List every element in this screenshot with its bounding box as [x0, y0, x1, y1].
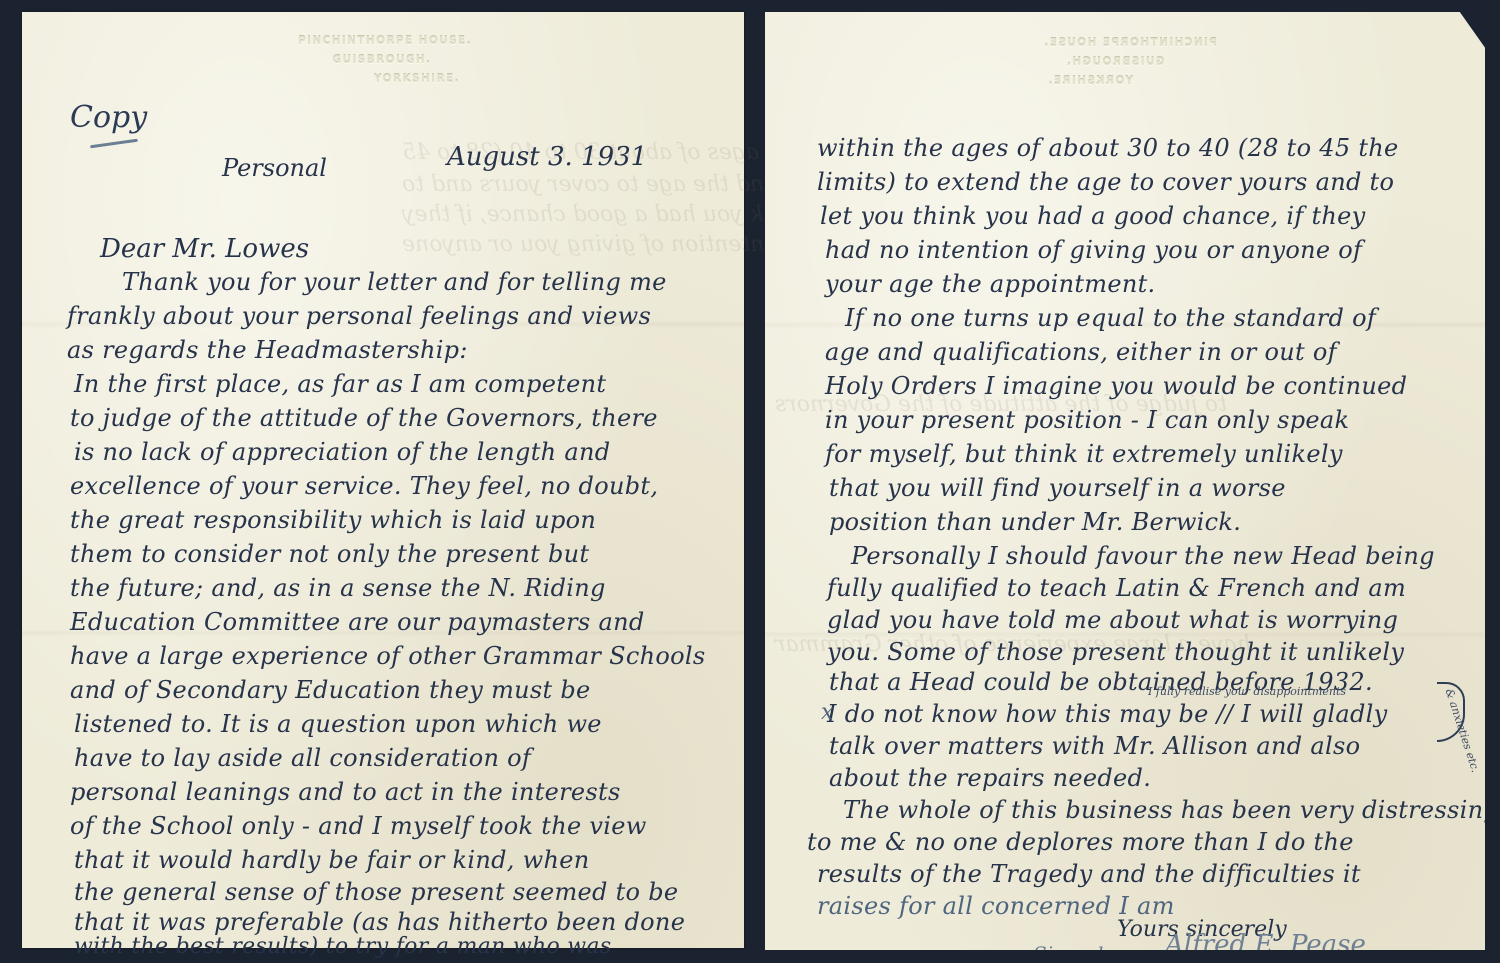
signature: Alfred E. Pease — [1165, 930, 1366, 960]
body-line: the great responsibility which is laid u… — [70, 506, 596, 534]
body-line: to judge of the attitude of the Governor… — [70, 404, 658, 432]
letter-date: August 3. 1931 — [447, 142, 647, 172]
body-line: Education Committee are our paymasters a… — [70, 608, 645, 636]
body-line: in your present position - I can only sp… — [825, 406, 1349, 434]
margin-mark-x: x — [821, 700, 833, 725]
body-line: If no one turns up equal to the standard… — [845, 304, 1376, 332]
letterhead-line: YORKSHIRE. — [1015, 72, 1245, 91]
body-line: raises for all concerned I am — [817, 892, 1175, 920]
body-line: the general sense of those present seeme… — [74, 878, 678, 906]
embossed-letterhead-reverse: PINCHINTHORPE HOUSE. GUISBROUGH. YORKSHI… — [1015, 34, 1245, 91]
body-line: frankly about your personal feelings and… — [67, 302, 651, 330]
body-line: and of Secondary Education they must be — [70, 676, 591, 704]
body-line: personal leanings and to act in the inte… — [70, 778, 621, 806]
body-line: Holy Orders I imagine you would be conti… — [825, 372, 1407, 400]
body-line: to me & no one deplores more than I do t… — [807, 828, 1354, 856]
body-line: is no lack of appreciation of the length… — [74, 438, 610, 466]
letter-page-1: PINCHINTHORPE HOUSE. GUISBROUGH. YORKSHI… — [22, 12, 744, 948]
body-line: you. Some of those present thought it un… — [827, 638, 1404, 666]
body-line: excellence of your service. They feel, n… — [70, 472, 658, 500]
body-line: with the best results) to try for a man … — [74, 934, 611, 959]
body-line: age and qualifications, either in or out… — [825, 338, 1337, 366]
body-line: listened to. It is a question upon which… — [74, 710, 602, 738]
embossed-letterhead: PINCHINTHORPE HOUSE. GUISBROUGH. YORKSHI… — [252, 32, 472, 89]
body-line: have a large experience of other Grammar… — [70, 642, 705, 670]
body-line: that it was preferable (as has hitherto … — [74, 908, 685, 936]
interlinear-insert: I fully realise your disappointments — [1148, 685, 1346, 698]
letterhead-line: GUISBROUGH. — [1015, 53, 1245, 72]
copy-mark: Copy — [70, 100, 147, 135]
body-line: as regards the Headmastership: — [67, 336, 468, 364]
signed-label: Signed — [1033, 942, 1103, 963]
body-line: talk over matters with Mr. Allison and a… — [829, 732, 1360, 760]
letter-page-2: PINCHINTHORPE HOUSE. GUISBROUGH. YORKSHI… — [765, 12, 1485, 950]
letterhead-line: GUISBROUGH. — [252, 51, 472, 70]
body-line: for myself, but think it extremely unlik… — [825, 440, 1343, 468]
body-line: Thank you for your letter and for tellin… — [122, 268, 667, 296]
body-line: about the repairs needed. — [829, 764, 1151, 792]
body-line: limits) to extend the age to cover yours… — [817, 168, 1394, 196]
personal-marking: Personal — [222, 154, 327, 182]
letterhead-line: YORKSHIRE. — [252, 70, 472, 89]
body-line: that it would hardly be fair or kind, wh… — [74, 846, 590, 874]
body-line: Personally I should favour the new Head … — [851, 542, 1435, 570]
body-line: of the School only - and I myself took t… — [70, 812, 647, 840]
body-line: the future; and, as in a sense the N. Ri… — [70, 574, 606, 602]
copy-underline — [90, 139, 138, 149]
body-line: glad you have told me about what is worr… — [827, 606, 1398, 634]
body-line: results of the Tragedy and the difficult… — [817, 860, 1361, 888]
body-line: let you think you had a good chance, if … — [820, 202, 1366, 230]
body-line: within the ages of about 30 to 40 (28 to… — [817, 134, 1399, 162]
body-line: have to lay aside all consideration of — [74, 744, 531, 772]
body-line: your age the appointment. — [825, 270, 1155, 298]
body-line: I do not know how this may be // I will … — [827, 700, 1387, 728]
letterhead-line: PINCHINTHORPE HOUSE. — [252, 32, 472, 51]
salutation: Dear Mr. Lowes — [100, 234, 309, 264]
letterhead-line: PINCHINTHORPE HOUSE. — [1015, 34, 1245, 53]
body-line: In the first place, as far as I am compe… — [74, 370, 606, 398]
body-line: fully qualified to teach Latin & French … — [827, 574, 1406, 602]
body-line: position than under Mr. Berwick. — [829, 508, 1241, 536]
body-line: had no intention of giving you or anyone… — [825, 236, 1362, 264]
body-line: that you will find yourself in a worse — [829, 474, 1286, 502]
body-line: them to consider not only the present bu… — [70, 540, 589, 568]
body-line: The whole of this business has been very… — [843, 796, 1499, 824]
